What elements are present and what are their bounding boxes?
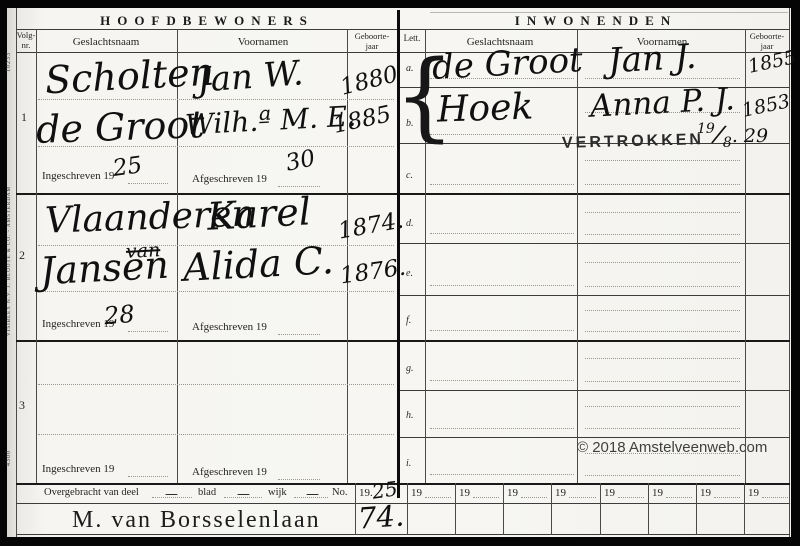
lett-e: e.: [406, 268, 413, 279]
rule: [430, 12, 788, 13]
rule: [407, 483, 408, 535]
vertrokken-date: 19/8. 29: [697, 122, 768, 150]
house-number: 74.: [357, 501, 405, 533]
ingeschreven-year-2: 28: [103, 302, 136, 329]
margin-top-code: 10233: [6, 52, 12, 72]
rule: [400, 295, 790, 296]
hb2-surname-2: Jansen: [39, 246, 170, 291]
rule: [16, 483, 790, 485]
rule: [648, 483, 649, 535]
dotted-line: [585, 286, 740, 287]
group-number-1: 1: [21, 110, 27, 125]
group-number-3: 3: [19, 398, 25, 413]
margin-bottom-code: 4300: [6, 450, 12, 466]
footer-year-cell: 19: [555, 487, 566, 499]
rule: [400, 243, 790, 244]
volgnr-line2: nr.: [22, 40, 31, 50]
rule: [16, 340, 790, 342]
dotted-line: [666, 497, 692, 498]
margin-printer-mark: VISIBLEX N.V. J. BLOOTE & CO. - AMSTERDA…: [7, 186, 12, 336]
rule: [177, 29, 178, 483]
iw-surname-b: Hoek: [436, 89, 533, 128]
rule: [16, 8, 17, 537]
dotted-line: [585, 184, 740, 185]
dotted-line: [585, 381, 740, 382]
rule: [577, 29, 578, 483]
footer-year-cell: 19: [652, 487, 663, 499]
dotted-line: [430, 233, 574, 234]
afgeschreven-label-1: Afgeschreven 19: [192, 173, 267, 185]
no-label: No.: [332, 487, 347, 498]
geboortejaar-line1: Geboorte-: [355, 31, 389, 41]
footer-year-cell: 19: [748, 487, 759, 499]
blad-label: blad: [198, 487, 216, 498]
dotted-line: [430, 330, 574, 331]
dotted-line: [585, 234, 740, 235]
afgeschreven-label-2: Afgeschreven 19: [192, 321, 267, 333]
footer-year-cell: 19: [411, 487, 422, 499]
deel-dash: —: [165, 488, 178, 501]
afgeschreven-label-3: Afgeschreven 19: [192, 466, 267, 478]
dotted-line: [430, 380, 574, 381]
dotted-line: [430, 285, 574, 286]
rule: [455, 483, 456, 535]
dotted-line: [38, 434, 394, 435]
hb2-names-1: Karel: [206, 192, 312, 235]
geboortejaar-line2: jaar: [366, 41, 379, 51]
dotted-line: [430, 474, 574, 475]
dotted-line: [38, 384, 394, 385]
street-name: M. van Borsselenlaan: [72, 507, 321, 534]
dotted-line: [618, 497, 644, 498]
dotted-line: [585, 358, 740, 359]
lett-c: c.: [406, 170, 413, 181]
lett-i: i.: [406, 458, 411, 469]
rule: [355, 483, 356, 535]
dotted-line: [430, 184, 574, 185]
dotted-line: [569, 497, 596, 498]
wijk-label: wijk: [268, 487, 287, 498]
ingeschreven-label-1: Ingeschreven 19: [42, 170, 114, 182]
geboortejaar-line2: jaar: [761, 41, 774, 51]
column-header-volgnr: Volg- nr.: [17, 31, 36, 51]
hb2-names-2: Alida C.: [182, 241, 334, 287]
hb1-names-1: Jan W.: [196, 56, 305, 97]
rule: [16, 29, 790, 30]
lett-g: g.: [406, 363, 414, 374]
iw-surname-a: de Groot: [431, 43, 583, 85]
column-header-voornamen-left: Voornamen: [238, 36, 289, 48]
iw-names-b: Anna P. J.: [589, 84, 735, 123]
scanned-register-page: 10233 VISIBLEX N.V. J. BLOOTE & CO. - AM…: [0, 0, 800, 546]
dotted-line: [585, 428, 740, 429]
wijk-dash: —: [306, 488, 319, 501]
rule: [400, 390, 790, 391]
dotted-line: [278, 479, 320, 480]
dotted-line: [585, 262, 740, 263]
rule: [744, 483, 745, 535]
dotted-line: [128, 476, 168, 477]
footer-year-cell: 19: [459, 487, 470, 499]
ingeschreven-label-3: Ingeschreven 19: [42, 463, 114, 475]
rule: [16, 193, 790, 195]
rule: [16, 534, 790, 535]
dotted-line: [473, 497, 499, 498]
rule: [503, 483, 504, 535]
footer-year-cell: 19: [700, 487, 711, 499]
vertrokken-stamp: VERTROKKEN: [562, 131, 704, 153]
ingeschreven-year-1: 25: [112, 154, 144, 181]
rule: [745, 29, 746, 483]
volgnr-line1: Volg-: [17, 30, 36, 40]
geboortejaar-line1: Geboorte-: [750, 31, 784, 41]
dotted-line: [585, 331, 740, 332]
rule: [551, 483, 552, 535]
footer-year-first-printed: 19.: [359, 487, 373, 499]
hb1-surname-1: Scholten: [44, 53, 215, 100]
iw-names-a: Jan J.: [607, 40, 697, 79]
dotted-line: [714, 497, 740, 498]
rule: [696, 483, 697, 535]
dotted-line: [430, 134, 574, 135]
lett-h: h.: [406, 410, 414, 421]
copyright-watermark: © 2018 Amstelveenweb.com: [577, 439, 767, 456]
footer-year-cell: 19: [507, 487, 518, 499]
lett-f: f.: [406, 315, 411, 326]
dotted-line: [278, 334, 320, 335]
date-month: 8: [723, 135, 732, 151]
afgeschreven-year-1: 30: [284, 147, 317, 176]
group-number-2: 2: [19, 248, 25, 263]
dotted-line: [425, 497, 451, 498]
dotted-line: [585, 212, 740, 213]
dotted-line: [521, 497, 547, 498]
column-header-geslachtsnaam-left: Geslachtsnaam: [73, 36, 140, 48]
rule: [400, 437, 790, 438]
date-year: . 29: [732, 125, 768, 147]
date-day: 19: [697, 121, 715, 137]
dotted-line: [585, 406, 740, 407]
dotted-line: [430, 428, 574, 429]
dotted-line: [128, 183, 168, 184]
rule: [36, 29, 37, 483]
column-header-geboortejaar-left: Geboorte- jaar: [355, 32, 389, 52]
dotted-line: [585, 475, 740, 476]
dotted-line: [128, 331, 168, 332]
section-title-inwonenden: INWONENDEN: [515, 13, 677, 29]
footer-year-cell: 19: [604, 487, 615, 499]
dotted-line: [762, 497, 788, 498]
lett-d: d.: [406, 218, 414, 229]
section-title-hoofdbewoners: HOOFDBEWONERS: [100, 13, 314, 29]
blad-dash: —: [237, 488, 250, 501]
dotted-line: [278, 186, 320, 187]
dotted-line: [585, 310, 740, 311]
rule: [600, 483, 601, 535]
hb1-surname-2: de Groot: [35, 105, 205, 149]
dotted-line: [38, 291, 394, 292]
dotted-line: [585, 160, 740, 161]
overgebracht-label: Overgebracht van deel: [44, 487, 139, 498]
